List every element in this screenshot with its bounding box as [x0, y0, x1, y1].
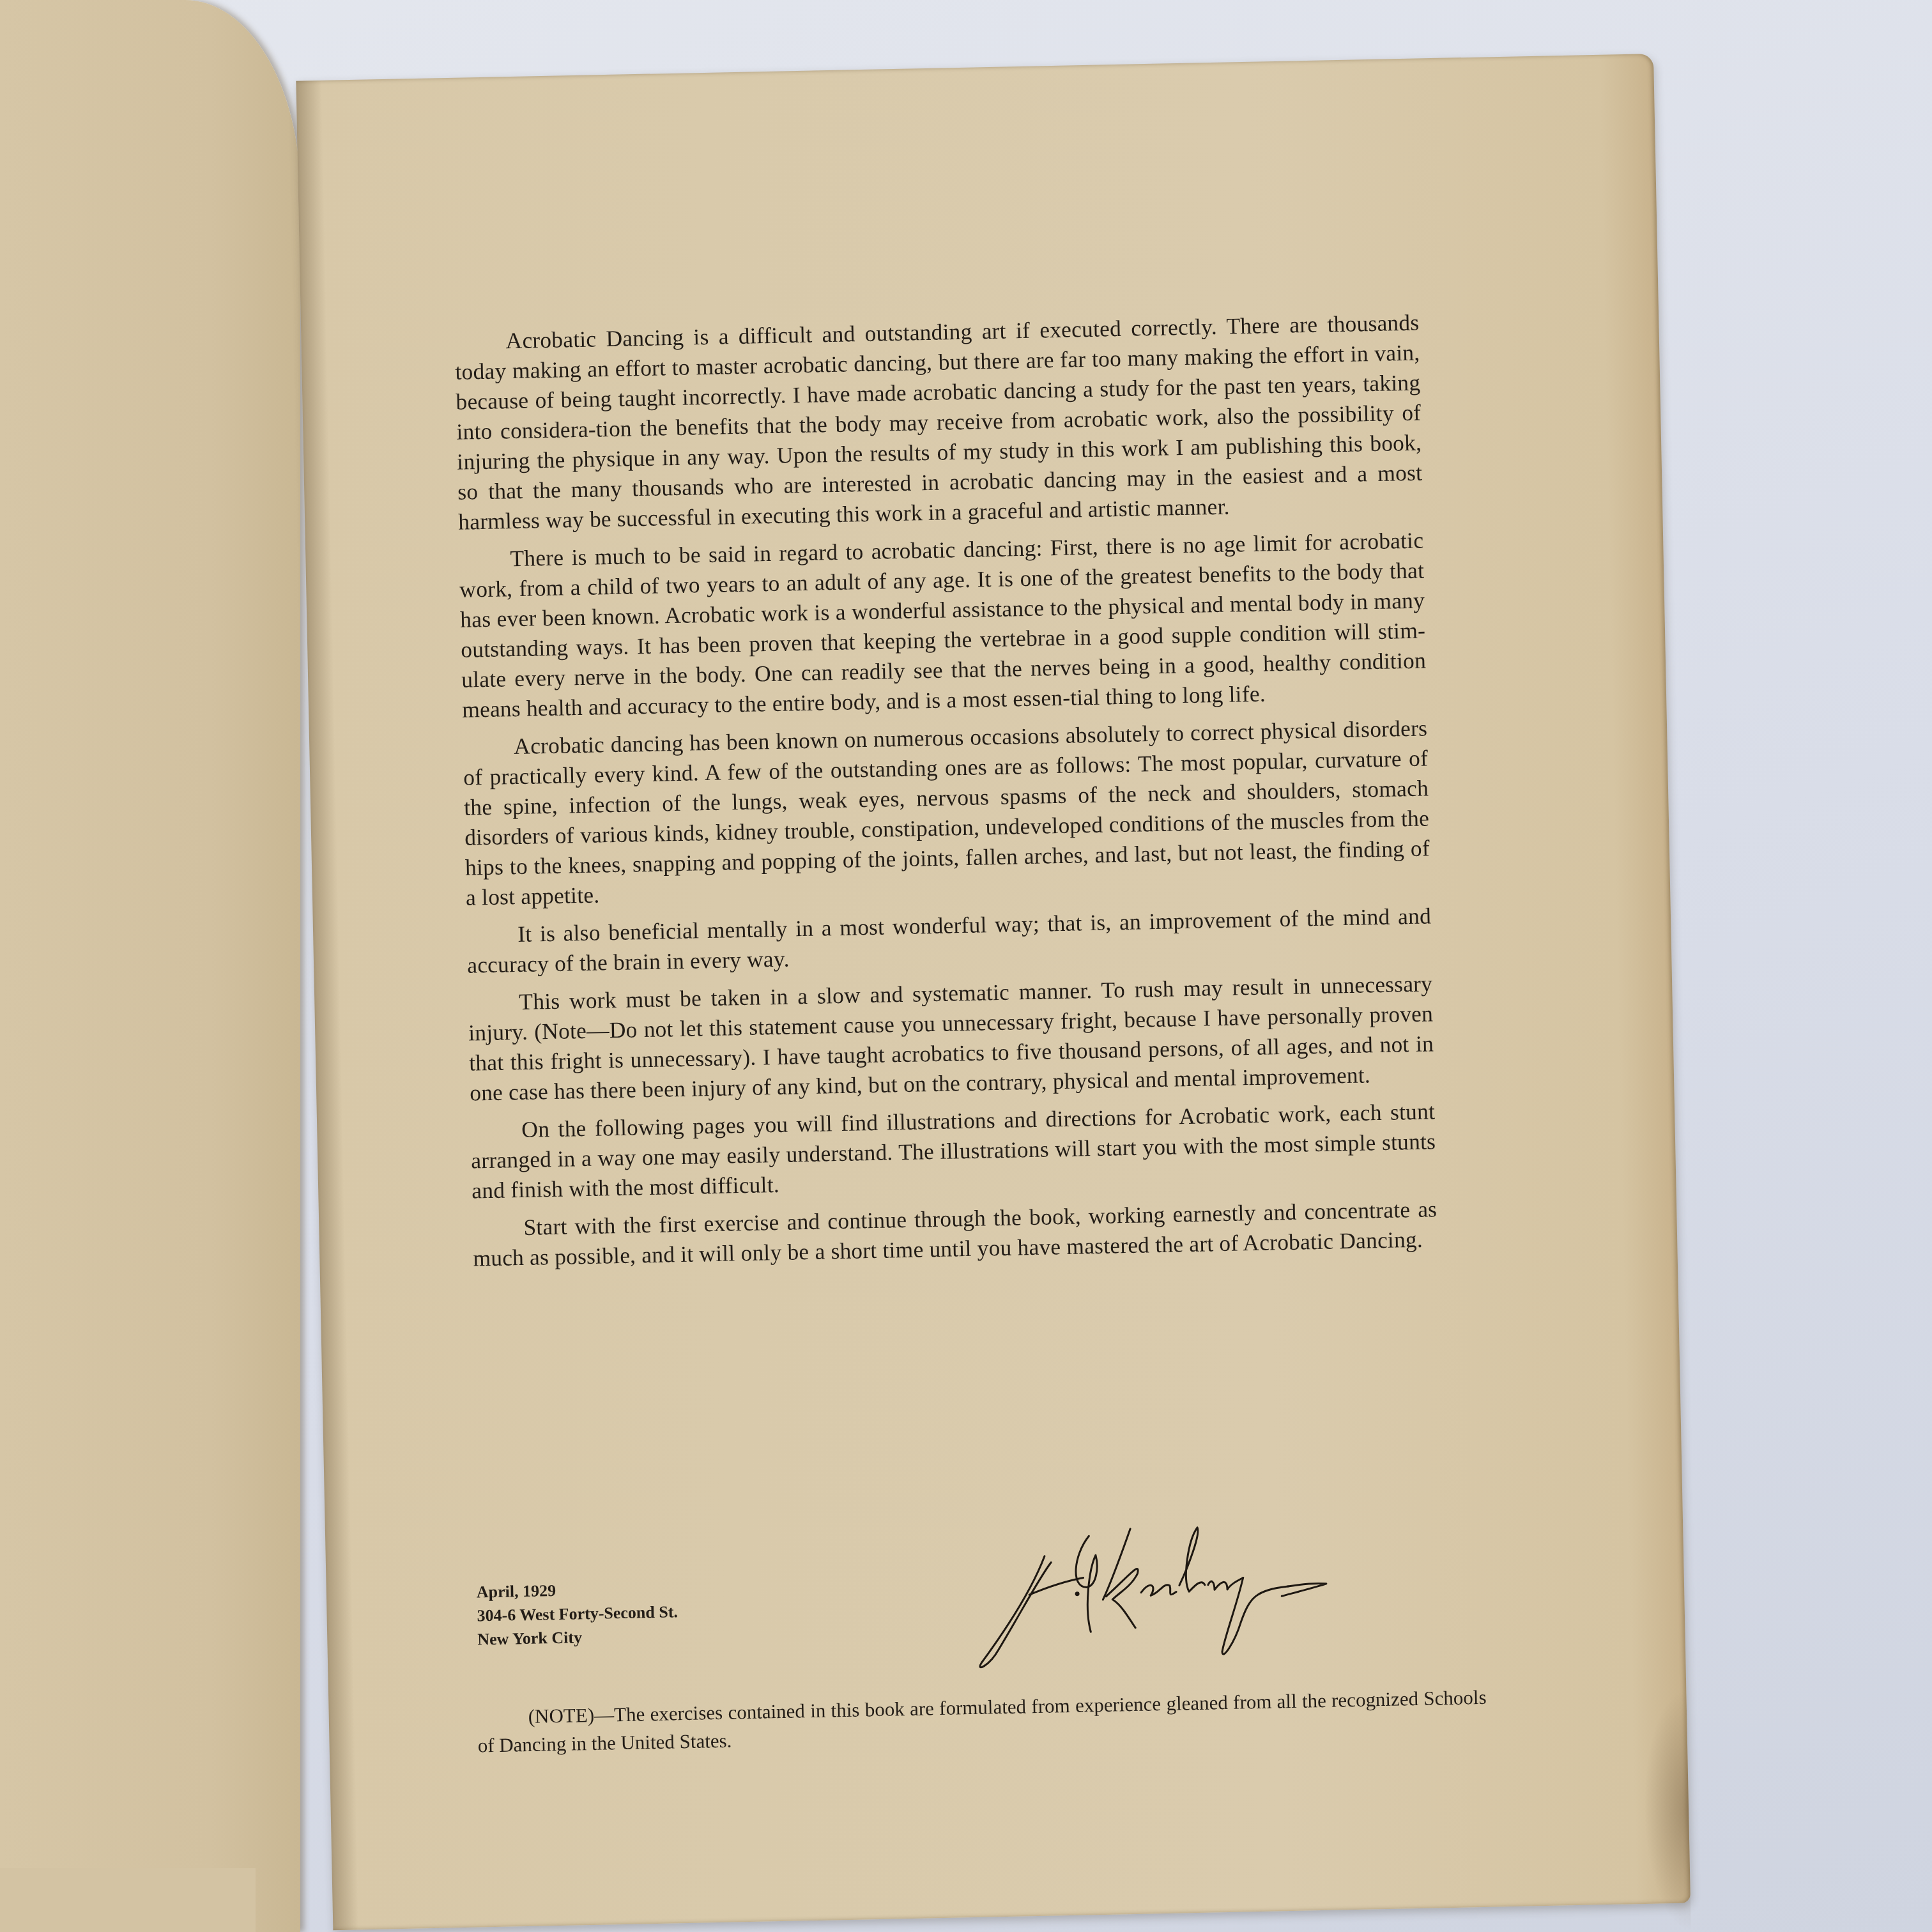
paragraph: On the following pages you will find ill…	[470, 1096, 1437, 1206]
page-edge-stain	[1641, 1689, 1691, 1932]
paragraph: It is also beneficial mentally in a most…	[466, 901, 1432, 980]
left-page	[0, 0, 300, 1932]
signature-text: J. G. Keeling	[1045, 1549, 1084, 1556]
signature-icon	[967, 1512, 1367, 1673]
page-gutter-shadow	[296, 80, 358, 1930]
dateline-date: April, 1929	[477, 1576, 678, 1604]
signature: J. G. Keeling	[967, 1512, 1367, 1673]
dateline-street: 304-6 West Forty-Second St.	[477, 1600, 678, 1627]
body-text: Acrobatic Dancing is a difficult and out…	[454, 308, 1438, 1282]
paragraph: There is much to be said in regard to ac…	[459, 525, 1427, 724]
left-page-bottom	[0, 1868, 256, 1932]
footnote-text: (NOTE)—The exercises contained in this b…	[477, 1683, 1487, 1760]
closing-block: April, 1929 304-6 West Forty-Second St. …	[475, 1508, 1500, 1682]
paragraph: This work must be taken in a slow and sy…	[468, 969, 1434, 1108]
paragraph: Acrobatic Dancing is a difficult and out…	[454, 308, 1423, 537]
paragraph: Acrobatic dancing has been known on nume…	[463, 713, 1430, 912]
footnote: (NOTE)—The exercises contained in this b…	[477, 1683, 1487, 1760]
dateline: April, 1929 304-6 West Forty-Second St. …	[477, 1576, 679, 1651]
dateline-city: New York City	[477, 1623, 678, 1651]
paragraph: Start with the first exercise and contin…	[472, 1194, 1438, 1273]
right-page: Acrobatic Dancing is a difficult and out…	[296, 54, 1690, 1930]
